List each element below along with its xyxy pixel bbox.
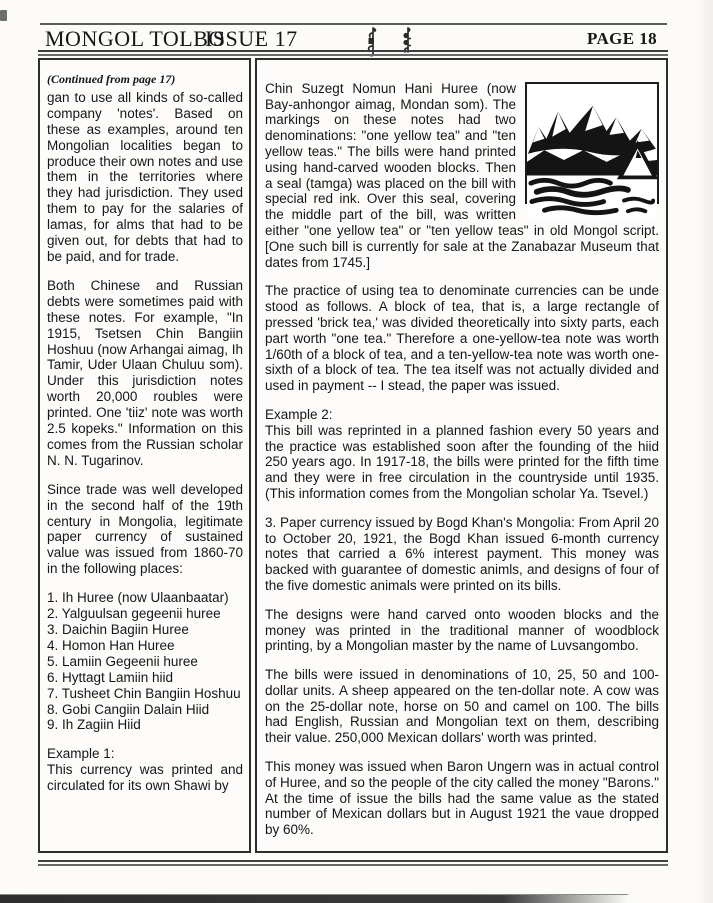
list-item: 8. Gobi Cangiin Dalain Hiid	[47, 702, 243, 718]
places-list: 1. Ih Huree (now Ulaanbaatar) 2. Yalguul…	[47, 590, 243, 733]
paragraph: 3. Paper currency issued by Bogd Khan's …	[265, 515, 659, 594]
scan-edge-shadow	[0, 894, 628, 903]
newsletter-page: MONGOL TOLBO ISSUE 17 PAGE	[0, 0, 713, 903]
mountains-lake-woodcut-icon	[527, 100, 657, 218]
scan-artifact-speck	[0, 10, 7, 21]
header-double-rule	[38, 50, 668, 52]
issue-label: ISSUE 17	[205, 26, 298, 52]
header-top-rule	[40, 23, 667, 25]
list-item: 5. Lamiin Gegeenii huree	[47, 654, 243, 670]
list-item: 6. Hyttagt Lamiin hiid	[47, 670, 243, 686]
right-column: Chin Suzegt Nomun Hani Huree (now Bay-an…	[255, 58, 668, 853]
paragraph: The designs were hand carved onto wooden…	[265, 607, 659, 654]
list-item: 9. Ih Zagiin Hiid	[47, 717, 243, 733]
bottom-double-rule	[38, 864, 668, 866]
paragraph: Both Chinese and Russian debts were some…	[47, 278, 243, 469]
mongolian-glyph-icon	[366, 27, 379, 57]
list-item: 2. Yalguulsan gegeenii huree	[47, 606, 243, 622]
header-double-rule	[38, 54, 668, 56]
example-2-paragraph: Example 2: This bill was reprinted in a …	[265, 407, 659, 502]
list-item: 1. Ih Huree (now Ulaanbaatar)	[47, 590, 243, 606]
page-header: MONGOL TOLBO ISSUE 17 PAGE	[40, 26, 667, 50]
masthead-title: MONGOL TOLBO	[45, 26, 225, 52]
paragraph: This money was issued when Baron Ungern …	[265, 759, 659, 838]
list-item: 3. Daichin Bagiin Huree	[47, 622, 243, 638]
list-item: 7. Tusheet Chin Bangiin Hoshuu	[47, 686, 243, 702]
continued-note: (Continued from page 17)	[47, 72, 243, 88]
left-column: (Continued from page 17) gan to use all …	[38, 58, 251, 853]
bottom-double-rule	[38, 860, 668, 862]
paragraph: Chin Suzegt Nomun Hani Huree (now Bay-an…	[265, 65, 659, 270]
paragraph: The bills were issued in denominations o…	[265, 667, 659, 746]
paragraph: Since trade was well developed in the se…	[47, 482, 243, 577]
mountains-lake-illustration	[525, 82, 659, 204]
mongolian-script-glyphs	[350, 27, 430, 57]
paragraph: gan to use all kinds of so-called compan…	[47, 90, 243, 265]
page-number-label: PAGE 18	[587, 29, 657, 49]
example-1-paragraph: Example 1: This currency was printed and…	[47, 746, 243, 794]
paragraph: The practice of using tea to denominate …	[265, 283, 659, 394]
list-item: 4. Homon Han Huree	[47, 638, 243, 654]
